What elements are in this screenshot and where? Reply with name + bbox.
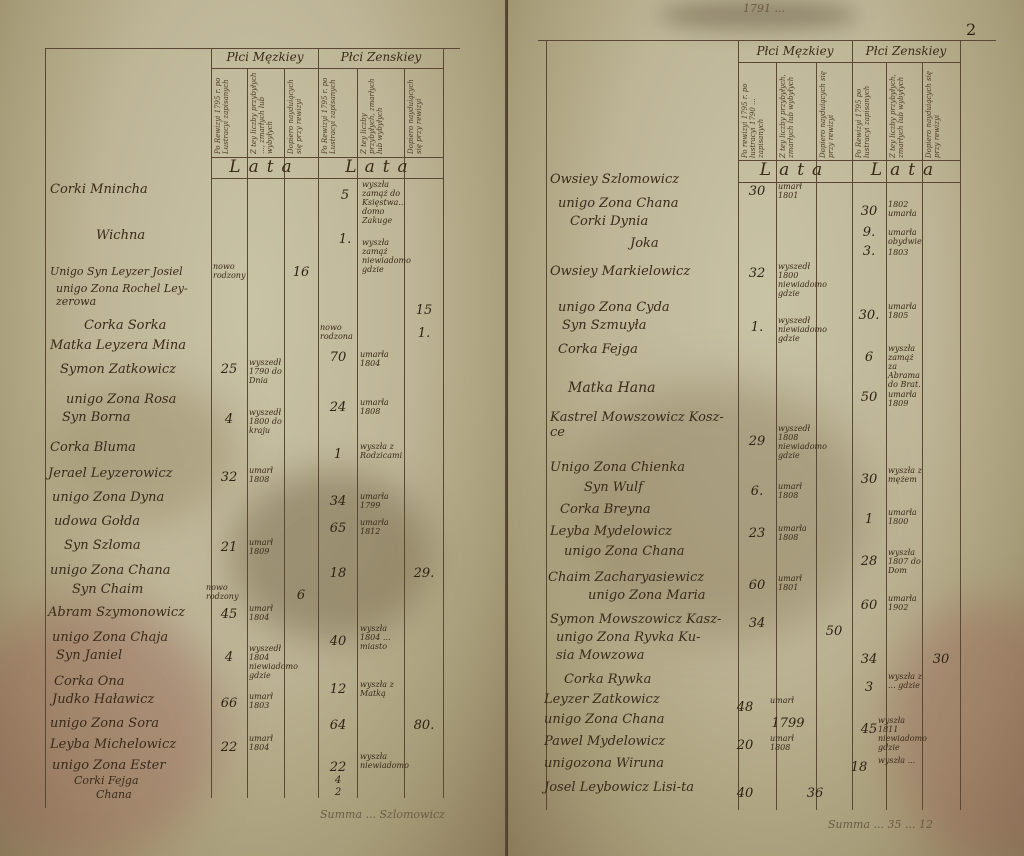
- entry-name: Jerael Leyzerowicz: [48, 466, 173, 481]
- entry-male-note: umarł 1808: [249, 466, 285, 484]
- entry-female-age: 1: [852, 512, 886, 527]
- column-head-male-3: Dopiero nayduiących się przy rewizyi: [287, 72, 317, 154]
- entry-name: unigo Zona Chana: [558, 196, 679, 211]
- entry-female-note: wyszła z Rodzicami: [360, 442, 404, 460]
- entry-male-age: 16: [286, 265, 316, 280]
- column-head-female-3: Dopiero nayduiących się przy rewizyi: [407, 72, 441, 154]
- entry-female-age: 18: [842, 760, 876, 775]
- entry-male-age: 66: [212, 696, 246, 711]
- column-head-female-2: Z tey liczby przybyłych, zmarłych lub wy…: [889, 66, 921, 158]
- entry-female-note: wyszła z Matką: [360, 680, 404, 698]
- entry-male-age: 48: [728, 700, 762, 715]
- entry-female-age: 1.: [330, 232, 360, 247]
- entry-female-age: 12: [320, 682, 356, 697]
- entry-female-note: umarła 1799: [360, 492, 404, 510]
- entry-name: Owsiey Szlomowicz: [550, 172, 679, 187]
- entry-name: sia Mowzowa: [556, 648, 645, 663]
- entry-female-note: umarła 1800: [888, 508, 922, 526]
- column-head-male-1: Po rewizyi 1795 r. po lustracyi 1790 ...…: [741, 66, 775, 158]
- entry-female-age: 5: [330, 188, 360, 203]
- entry-female-age: 64: [320, 718, 356, 733]
- entry-male-note: umarł 1804: [249, 734, 285, 752]
- left-page: Płci Męzkiey Płci Zenskiey Po Rewizyi 17…: [0, 0, 507, 856]
- entry-female-note: 1803: [888, 248, 922, 257]
- entry-name: Matka Hana: [568, 380, 656, 396]
- column-head-female-1: Po Rewizyi 1795 po lustracyi zapisanych: [855, 66, 885, 158]
- entry-female-total: 15: [406, 303, 442, 318]
- entry-name: Corki Fejga: [74, 774, 139, 787]
- entry-male-note: umarł 1808: [778, 482, 814, 500]
- entry-female-age: 9.: [852, 225, 886, 240]
- entry-male-note: wyszedł 1790 do Dnia: [249, 358, 285, 385]
- entry-male-total: 36: [798, 786, 832, 801]
- entry-female-age: 28: [852, 554, 886, 569]
- entry-male-note: wyszedł niewiadomo gdzie: [778, 316, 814, 343]
- entry-male-note: umarł 1801: [778, 182, 814, 200]
- entry-female-note: wyszła ...: [878, 756, 920, 765]
- entry-name: unigo Zona Rosa: [66, 392, 176, 407]
- entry-name: unigo Zona Chaja: [52, 630, 168, 645]
- entry-name: Corki Dynia: [570, 214, 648, 229]
- entry-name: unigo Zona Chana: [50, 563, 171, 578]
- entry-name: Corka Ona: [54, 674, 125, 689]
- entry-male-total: 50: [816, 624, 852, 639]
- entry-name: Corka Bluma: [50, 440, 136, 455]
- entry-male-age: 6.: [740, 484, 774, 499]
- column-head-male-2: Z tey liczby przybyłych, zmarłych lub wy…: [779, 66, 815, 158]
- entry-name: Syn Borna: [62, 410, 130, 425]
- entry-female-age: 3.: [852, 244, 886, 259]
- entry-male-note: umarła 1808: [778, 524, 814, 542]
- entry-name: Leyba Mydelowicz: [550, 524, 672, 539]
- header-female: Płci Zenskiey: [320, 50, 442, 64]
- entry-female-age: 34: [852, 652, 886, 667]
- entry-name: unigo Zona Ryvka Ku-: [556, 630, 701, 645]
- entry-female-age: 24: [320, 400, 356, 415]
- entry-name: Leyba Michelowicz: [50, 737, 176, 752]
- entry-male-age: 1.: [740, 320, 774, 335]
- entry-female-note: umarła 1808: [360, 398, 404, 416]
- entry-name: Joka: [630, 236, 659, 251]
- entry-female-total: 29.: [406, 566, 442, 581]
- header-rule: [211, 68, 443, 69]
- entry-male-note: umarł 1809: [249, 538, 285, 556]
- header-male: Płci Męzkiey: [740, 44, 850, 58]
- entry-female-age: 60: [852, 598, 886, 613]
- entry-female-note: umarła 1805: [888, 302, 922, 320]
- entry-male-age: 30: [740, 184, 774, 199]
- entry-female-note: 1802 umarła: [888, 200, 922, 218]
- entry-female-age: 18: [320, 566, 356, 581]
- lata-female: Lata: [318, 157, 443, 177]
- entry-name: Matka Leyzera Mina: [50, 338, 186, 353]
- entry-name: Corka Rywka: [564, 672, 651, 687]
- entry-female-note: wyszła zamąż do Księstwa... domo Zakuge: [362, 180, 406, 225]
- entry-female-note: wyszła 1807 do Dom: [888, 548, 922, 575]
- entry-male-note: umarł 1808: [770, 734, 806, 752]
- entry-female-note: wyszła zamąż za Abrama do Brat.: [888, 344, 922, 389]
- entry-name: Corki Mnincha: [50, 182, 148, 197]
- entry-female-age: 34: [320, 494, 356, 509]
- entry-name: udowa Gołda: [54, 514, 140, 529]
- entry-female-note: umarła 1902: [888, 594, 922, 612]
- entry-name: unigo Zona Chana: [544, 712, 665, 727]
- entry-female-total: 30: [922, 652, 960, 667]
- entry-male-age: 32: [212, 470, 246, 485]
- entry-female-note: umarła 1804: [360, 350, 404, 368]
- entry-name: Judko Haławicz: [52, 692, 154, 707]
- entry-male-age: 23: [740, 526, 774, 541]
- entry-female-note: wyszła z ... gdzie: [888, 672, 922, 690]
- entry-male-age: 6: [286, 588, 316, 603]
- entry-female-age: 40: [320, 634, 356, 649]
- entry-name: unigo Zona Sora: [50, 716, 159, 731]
- column-head-male-1: Po Rewizyi 1795 r. po Lustracyi zapisany…: [214, 72, 246, 154]
- entry-name: Pawel Mydelowicz: [544, 734, 665, 749]
- entry-name: Unigo Syn Leyzer Josiel: [50, 265, 183, 278]
- header-female: Płci Zenskiey: [854, 44, 958, 58]
- header-rule: [738, 182, 960, 183]
- lata-male: Lata: [211, 157, 318, 177]
- entry-male-note: umarł 1803: [249, 692, 285, 710]
- entry-name: Syn Janiel: [56, 648, 122, 663]
- entry-male-note: nowo rodzony: [213, 262, 249, 280]
- entry-female-note: nowo rodzona: [320, 323, 356, 341]
- entry-name: Chana: [96, 788, 132, 801]
- entry-male-note: umarł 1804: [249, 604, 285, 622]
- entry-female-age: 2: [320, 787, 356, 798]
- entry-male-note: wyszedł 1800 do kraju: [249, 408, 285, 435]
- entry-name: Syn Chaim: [72, 582, 143, 597]
- entry-female-note: wyszła z mężem: [888, 466, 922, 484]
- entry-male-note: 1799: [766, 716, 810, 731]
- entry-name: unigo Zona Rochel Ley-zerowa: [56, 282, 206, 308]
- entry-name: unigo Zona Maria: [588, 588, 705, 603]
- footer-scribble: Summa ... Szlomowicz: [320, 808, 445, 821]
- entry-female-age: 6: [852, 350, 886, 365]
- entry-name: Unigo Zona Chienka: [550, 460, 685, 475]
- entry-male-age: 60: [740, 578, 774, 593]
- entry-female-age: 50: [852, 390, 886, 405]
- entry-female-age: 1: [320, 447, 356, 462]
- entry-male-age: 32: [740, 266, 774, 281]
- entry-female-age: 70: [320, 350, 356, 365]
- column-head-female-2: Z tey liczby przybyłych, zmarłych lub wy…: [360, 72, 402, 154]
- entry-female-note: umarła 1809: [888, 390, 922, 408]
- column-head-male-3: Dopiero nayduiących się przy rewizyi: [819, 66, 851, 158]
- entry-female-note: wyszła niewiadomo: [360, 752, 404, 770]
- table-left-rule: [45, 48, 46, 808]
- top-scribble: 1791 ...: [743, 2, 785, 15]
- entry-male-age: 4: [212, 650, 246, 665]
- entry-name: Syn Szmuyła: [562, 318, 647, 333]
- entry-name: Wichna: [96, 228, 145, 243]
- entry-male-age: 25: [212, 362, 246, 377]
- column-rule: [738, 40, 739, 810]
- entry-male-age: 34: [740, 616, 774, 631]
- entry-female-age: 3: [852, 680, 886, 695]
- column-head-female-1: Po Rewizyi 1795 r. po Lustracyi zapisany…: [321, 72, 355, 154]
- entry-male-note: nowo rodzony: [206, 583, 246, 601]
- entry-male-age: 21: [212, 540, 246, 555]
- entry-name: Abram Szymonowicz: [48, 605, 185, 620]
- entry-name: Chaim Zacharyasiewicz: [548, 570, 704, 585]
- entry-female-age: 4: [320, 775, 356, 786]
- entry-female-total: 1.: [406, 326, 442, 341]
- entry-female-age: 30: [852, 472, 886, 487]
- entry-male-note: umarł 1801: [778, 574, 814, 592]
- header-rule: [738, 62, 960, 63]
- entry-name: Syn Wulf: [584, 480, 643, 495]
- entry-female-age: 30.: [852, 308, 886, 323]
- entry-male-age: 29: [740, 434, 774, 449]
- entry-male-note: wyszedł 1804 niewiadomo gdzie: [249, 644, 285, 680]
- entry-male-age: 20: [728, 738, 762, 753]
- entry-name: Symon Mowszowicz Kasz-: [550, 612, 721, 627]
- entry-name: Corka Fejga: [558, 342, 638, 357]
- entry-name: unigo Zona Chana: [564, 544, 685, 559]
- column-head-female-3: Dopiero nayduiących się przy rewizyi: [925, 66, 959, 158]
- entry-name: Josel Leybowicz Lisi-ta: [544, 780, 694, 795]
- header-rule: [211, 178, 443, 179]
- entry-name: Corka Breyna: [560, 502, 651, 517]
- table-top-rule: [538, 40, 996, 41]
- header-male: Płci Męzkiey: [213, 50, 317, 64]
- entry-female-age: 30: [852, 204, 886, 219]
- entry-name: Syn Szloma: [64, 538, 141, 553]
- entry-name: unigo Zona Dyna: [52, 490, 164, 505]
- entry-male-note: wyszedł 1800 niewiadomo gdzie: [778, 262, 814, 298]
- entry-male-age: 40: [728, 786, 762, 801]
- entry-female-note: wyszła 1811 niewiadomo gdzie: [878, 716, 920, 752]
- entry-name: Owsiey Markielowicz: [550, 264, 690, 279]
- entry-name: Corka Sorka: [84, 318, 166, 333]
- entry-male-age: 22: [212, 740, 246, 755]
- entry-name: Leyzer Zatkowicz: [544, 692, 660, 707]
- entry-name: unigo Zona Ester: [52, 758, 166, 773]
- entry-name: unigozona Wiruna: [544, 756, 664, 771]
- entry-male-note: wyszedł 1808 niewiadomo gdzie: [778, 424, 814, 460]
- lata-female: Lata: [852, 160, 960, 180]
- entry-female-age: 22: [320, 760, 356, 775]
- entry-male-age: 45: [212, 607, 246, 622]
- entry-name: Symon Zatkowicz: [60, 362, 176, 377]
- entry-female-note: wyszła zamąż niewiadomo gdzie: [362, 238, 406, 274]
- column-head-male-2: Z tey liczby przybyłych ..., zmarłych lu…: [250, 72, 282, 154]
- column-rule: [960, 40, 961, 810]
- entry-female-note: umarła obydwie: [888, 228, 922, 246]
- column-rule: [443, 48, 444, 798]
- table-top-rule: [45, 48, 460, 49]
- entry-female-note: wyszła 1804 ... miasto: [360, 624, 404, 651]
- right-page: 1791 ... 2 Płci Męzkiey Płci Zenskiey Po…: [508, 0, 1024, 856]
- entry-male-age: 4: [212, 412, 246, 427]
- entry-female-note: umarła 1812: [360, 518, 404, 536]
- entry-female-age: 65: [320, 521, 356, 536]
- entry-female-total: 80.: [406, 718, 442, 733]
- entry-male-note: umarł: [770, 696, 806, 705]
- entry-name: unigo Zona Cyda: [558, 300, 670, 315]
- footer-scribble: Summa ... 35 ... 12: [828, 818, 933, 831]
- lata-male: Lata: [738, 160, 852, 180]
- page-number: 2: [966, 20, 976, 39]
- entry-name: Kastrel Mowszowicz Kosz-ce: [550, 410, 730, 440]
